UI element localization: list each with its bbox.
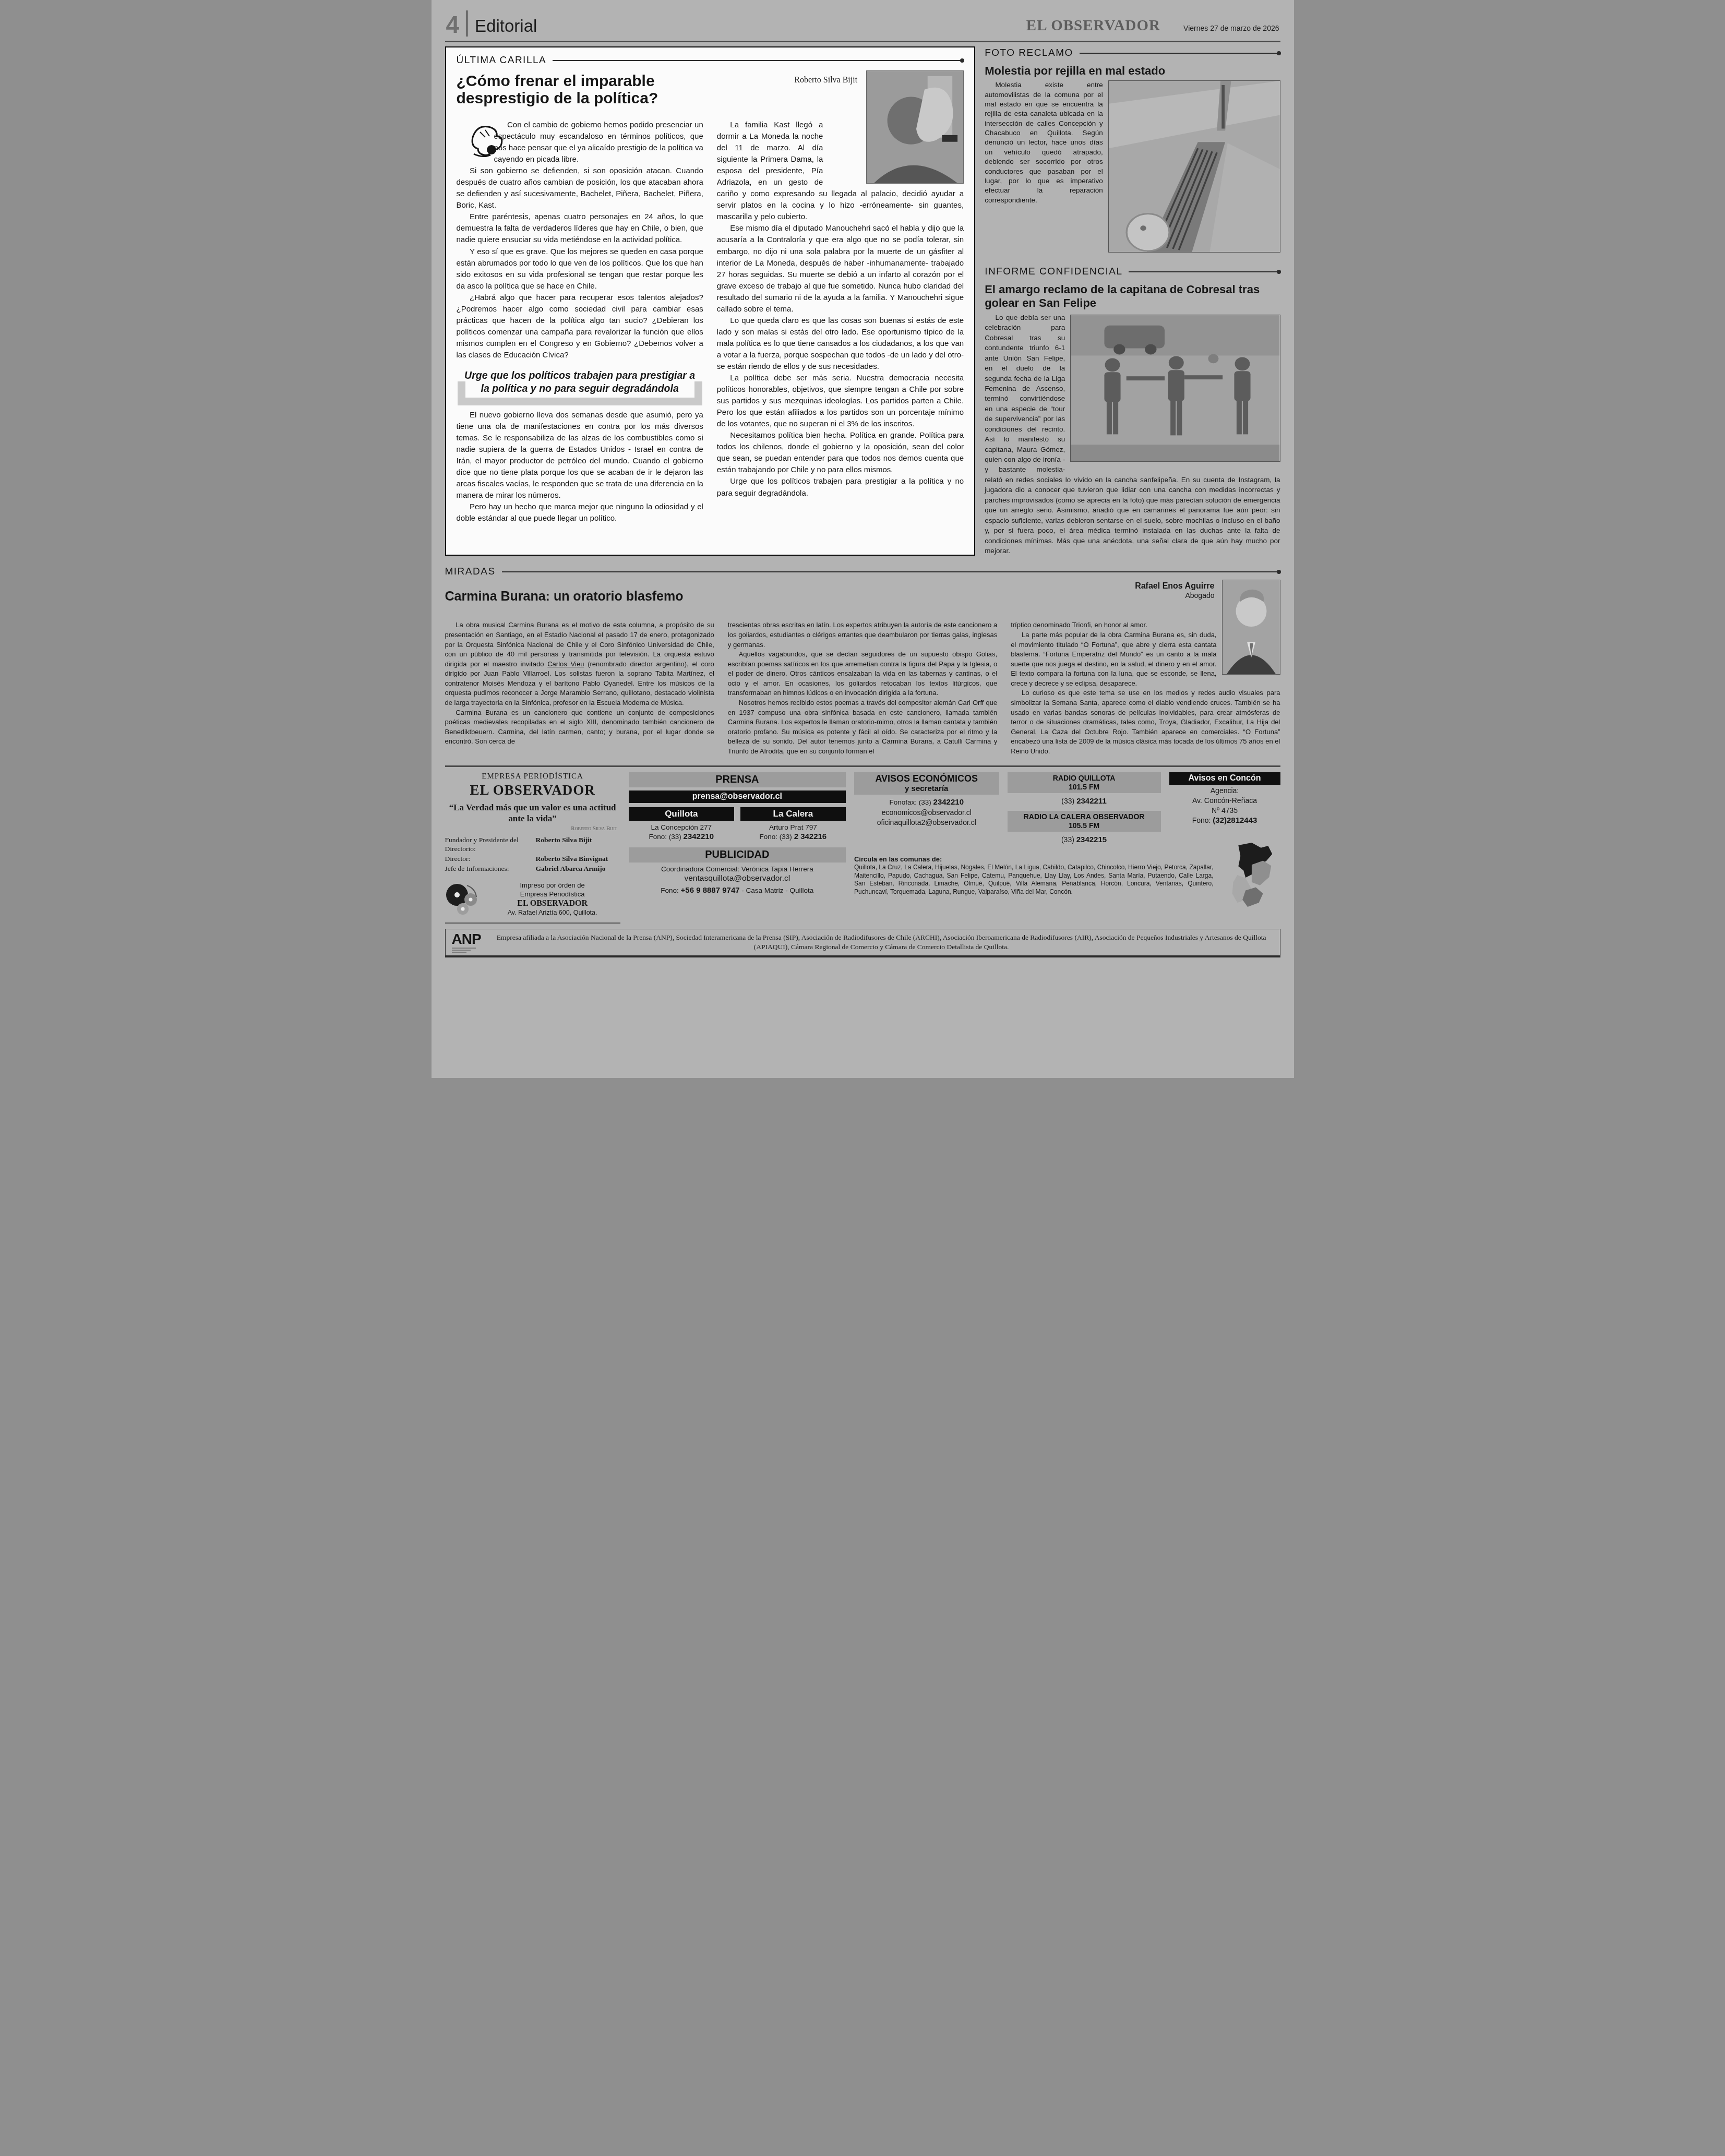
section-label-foto-reclamo: FOTO RECLAMO [985, 47, 1073, 59]
office-quillota: Quillota La Concepción 277 Fono: (33) 23… [629, 807, 734, 841]
photo-rafael-enos-aguirre [1222, 580, 1280, 675]
concon-line: Nº 4735 [1169, 806, 1280, 815]
office-la-calera: La Calera Arturo Prat 797 Fono: (33) 2 3… [740, 807, 846, 841]
avisos-email-2: oficinaquillota2@observador.cl [854, 818, 999, 827]
masthead-footer: EMPRESA PERIODÍSTICA EL OBSERVADOR “La V… [445, 765, 1280, 923]
radio-calera-name: RADIO LA CALERA OBSERVADOR [1010, 812, 1159, 821]
section-rule [553, 60, 964, 61]
header-rule [445, 41, 1280, 42]
phone-suffix: - Casa Matriz - Quillota [741, 887, 813, 894]
foto-reclamo-headline: Molestia por rejilla en mal estado [985, 64, 1280, 77]
role-label: Director: [445, 855, 533, 864]
affiliation-strip: ANP Empresa afiliada a la Asociación Nac… [445, 929, 1280, 957]
printed-by-text: Impreso por órden de Empresa Periodístic… [485, 881, 620, 917]
office-phone: Fono: (33) 2 342216 [740, 832, 846, 841]
article-column-1: Con el cambio de gobierno hemos podido p… [457, 119, 703, 524]
article-paragraph: Con el cambio de gobierno hemos podido p… [457, 119, 703, 165]
radio-calera-fm: 105.5 FM [1010, 821, 1159, 830]
section-rule [1129, 271, 1280, 272]
office-city: Quillota [629, 807, 734, 821]
phone-label: Fono: [1192, 816, 1211, 824]
phone-number: 2342210 [684, 832, 714, 841]
footer-right-block: AVISOS ECONÓMICOS y secretaría Fonofax: … [854, 772, 1280, 923]
article-paragraph: Carmina Burana es un cancionero que cont… [445, 708, 714, 747]
press-rolls-icon [445, 883, 480, 916]
phone-label: Fono: (33) [760, 833, 792, 841]
staff-roles: Fundador y Presidente del Directorio: Ro… [445, 836, 620, 873]
section-label-ultima-carilla: ÚLTIMA CARILLA [457, 55, 547, 66]
page-header: 4 Editorial EL OBSERVADOR Viernes 27 de … [445, 8, 1280, 41]
role-label: Jefe de Informaciones: [445, 865, 533, 873]
publicidad-title: PUBLICIDAD [629, 847, 846, 863]
concon-phone: Fono: (32)2812443 [1169, 816, 1280, 825]
motto-attribution: Roberto Silva Bijit [445, 825, 620, 832]
radio-quillota-phone: (33) 2342211 [1008, 797, 1161, 806]
section-label-informe-confidencial: INFORME CONFIDENCIAL [985, 266, 1122, 278]
footer-company-block: EMPRESA PERIODÍSTICA EL OBSERVADOR “La V… [445, 772, 620, 923]
article-paragraph: Si son gobierno se defienden, si son opo… [457, 165, 703, 211]
publicidad-email: ventasquillota@observador.cl [629, 874, 846, 883]
article-paragraph: Nosotros hemos recibido estos poemas a t… [728, 698, 997, 756]
role-name: Roberto Silva Bijit [536, 836, 620, 854]
right-rail: FOTO RECLAMO Molestia por rejilla en mal… [985, 46, 1280, 556]
radio-quillota-fm: 101.5 FM [1010, 783, 1159, 792]
article-paragraph: Urge que los políticos trabajen para pre… [717, 476, 964, 499]
phone-number: 2342215 [1076, 835, 1107, 844]
avisos-fonofax: Fonofax: (33) 2342210 [854, 798, 999, 807]
office-address: Arturo Prat 797 [740, 823, 846, 831]
phone-number: 2342210 [933, 798, 964, 807]
office-city: La Calera [740, 807, 846, 821]
role-label: Fundador y Presidente del Directorio: [445, 836, 533, 854]
foto-reclamo-body: Molestia existe entre automovilistas de … [985, 80, 1103, 253]
section-label-miradas: MIRADAS [445, 566, 496, 578]
author-name: Rafael Enos Aguirre [1135, 582, 1214, 591]
article-paragraph: Ese mismo día el diputado Manouchehri sa… [717, 223, 964, 315]
footer-prensa-block: PRENSA prensa@observador.cl Quillota La … [629, 772, 846, 923]
phone-number: +56 9 8887 9747 [681, 886, 740, 895]
affiliation-text: Empresa afiliada a la Asociación Naciona… [489, 933, 1274, 951]
staff-role-row: Fundador y Presidente del Directorio: Ro… [445, 836, 620, 854]
phone-label: (33) [1061, 835, 1074, 844]
section-rule [1080, 53, 1280, 54]
concon-line: Agencia: [1169, 786, 1280, 795]
author-title: Abogado [1135, 591, 1214, 600]
role-name: Gabriel Abarca Armijo [536, 865, 620, 873]
miradas-headline: Carmina Burana: un oratorio blasfemo [445, 582, 1135, 604]
informe-headline: El amargo reclamo de la capitana de Cobr… [985, 283, 1280, 309]
article-paragraph: Entre paréntesis, apenas cuatro personaj… [457, 211, 703, 246]
article-paragraph: Lo que queda claro es que las cosas son … [717, 315, 964, 373]
comunas-list: Quillota, La Cruz, La Calera, Hijuelas, … [854, 864, 1214, 895]
phone-label: Fonofax: (33) [890, 798, 931, 806]
staff-role-row: Jefe de Informaciones: Gabriel Abarca Ar… [445, 865, 620, 873]
role-name: Roberto Silva Binvignat [536, 855, 620, 864]
article-paragraph: Lo curioso es que este tema se use en lo… [1011, 688, 1280, 756]
avisos-title: AVISOS ECONÓMICOS [856, 774, 997, 784]
phone-number: (32)2812443 [1213, 816, 1257, 825]
printed-by-block: Impreso por órden de Empresa Periodístic… [445, 879, 620, 923]
miradas-column-2: trescientas obras escritas en latín. Los… [728, 620, 997, 756]
photo-cobresal-players [1070, 315, 1280, 462]
miradas-column-1: La obra musical Carmina Burana es el mot… [445, 620, 714, 756]
header-divider [466, 10, 468, 37]
printed-line: Empresa Periodística [485, 890, 620, 899]
article-paragraph: La política debe ser más seria. Nuestra … [717, 373, 964, 430]
publicidad-coordinator: Coordinadora Comercial: Verónica Tapia H… [629, 865, 846, 873]
printed-line: EL OBSERVADOR [485, 899, 620, 909]
radio-quillota-name: RADIO QUILLOTA [1010, 774, 1159, 783]
miradas-section: MIRADAS Carmina Burana: un oratorio blas… [445, 566, 1280, 756]
prensa-email: prensa@observador.cl [629, 790, 846, 803]
ultima-carilla-article: ÚLTIMA CARILLA ¿Cómo frenar el imparable… [445, 46, 976, 556]
newspaper-page: 4 Editorial EL OBSERVADOR Viernes 27 de … [432, 0, 1294, 1078]
pull-quote-text: Urge que los políticos trabajen para pre… [458, 369, 702, 396]
article-paragraph: Pero hay un hecho que marca mejor que ni… [457, 501, 703, 524]
article-paragraph: La obra musical Carmina Burana es el mot… [445, 620, 714, 708]
printed-line: Impreso por órden de [485, 881, 620, 890]
office-phone: Fono: (33) 2342210 [629, 832, 734, 841]
newspaper-masthead: EL OBSERVADOR [1026, 17, 1160, 37]
avisos-email-1: economicos@observador.cl [854, 808, 999, 817]
phone-label: Fono: [661, 887, 679, 894]
article-paragraph: Y eso sí que es grave. Que los mejores s… [457, 246, 703, 292]
photo-roberto-silva-bijit [866, 70, 964, 184]
informe-body: Lo que debía ser una celebración para Co… [985, 313, 1280, 556]
prensa-title: PRENSA [629, 772, 846, 787]
avisos-economicos-block: AVISOS ECONÓMICOS y secretaría Fonofax: … [854, 772, 999, 849]
pull-quote: Urge que los políticos trabajen para pre… [458, 369, 702, 405]
article-paragraph: Aquellos vagabundos, que se decían segui… [728, 650, 997, 698]
staff-role-row: Director: Roberto Silva Binvignat [445, 855, 620, 864]
concon-line: Av. Concón-Reñaca [1169, 796, 1280, 805]
publicidad-phone: Fono: +56 9 8887 9747 - Casa Matriz - Qu… [629, 886, 846, 895]
informe-confidencial-block: INFORME CONFIDENCIAL El amargo reclamo d… [985, 266, 1280, 556]
edition-date: Viernes 27 de marzo de 2026 [1183, 24, 1279, 37]
comunas-block: Circula en las comunas de: Quillota, La … [854, 855, 1280, 896]
phone-number: 2 342216 [794, 832, 827, 841]
company-motto: “La Verdad más que un valor es una actit… [445, 802, 620, 824]
page-section-title: Editorial [475, 17, 537, 37]
article-paragraph: El nuevo gobierno lleva dos semanas desd… [457, 410, 703, 501]
radio-calera-phone: (33) 2342215 [1008, 835, 1161, 844]
phone-label: (33) [1061, 797, 1074, 805]
article-headline: ¿Cómo frenar el imparable desprestigio d… [457, 73, 736, 116]
anp-logo-text: ANP [452, 932, 481, 947]
radio-block: RADIO QUILLOTA 101.5 FM (33) 2342211 RAD… [1008, 772, 1161, 849]
article-paragraph: Molestia existe entre automovilistas de … [985, 80, 1103, 205]
avisos-concon-block: Avisos en Concón Agencia: Av. Concón-Reñ… [1169, 772, 1280, 849]
coverage-map-icon [1219, 841, 1280, 908]
printed-line: Av. Rafael Ariztía 600, Quillota. [485, 909, 620, 917]
office-address: La Concepción 277 [629, 823, 734, 831]
avisos-subtitle: y secretaría [856, 784, 997, 793]
foto-reclamo-block: FOTO RECLAMO Molestia por rejilla en mal… [985, 47, 1280, 253]
footer-masthead: EL OBSERVADOR [445, 782, 620, 798]
concon-title: Avisos en Concón [1169, 772, 1280, 785]
page-number: 4 [446, 13, 460, 37]
article-paragraph: trescientas obras escritas en latín. Los… [728, 620, 997, 650]
comunas-title: Circula en las comunas de: [854, 855, 1280, 864]
phone-label: Fono: (33) [649, 833, 681, 841]
article-paragraph: ¿Habrá algo que hacer para recuperar eso… [457, 292, 703, 361]
section-rule [502, 571, 1280, 572]
anp-logo: ANP [452, 932, 481, 953]
company-line: EMPRESA PERIODÍSTICA [445, 772, 620, 781]
article-paragraph: Necesitamos política bien hecha. Polític… [717, 430, 964, 476]
photo-damaged-grate [1108, 80, 1280, 253]
phone-number: 2342211 [1076, 797, 1107, 806]
editorial-sketch-icon [457, 122, 490, 159]
